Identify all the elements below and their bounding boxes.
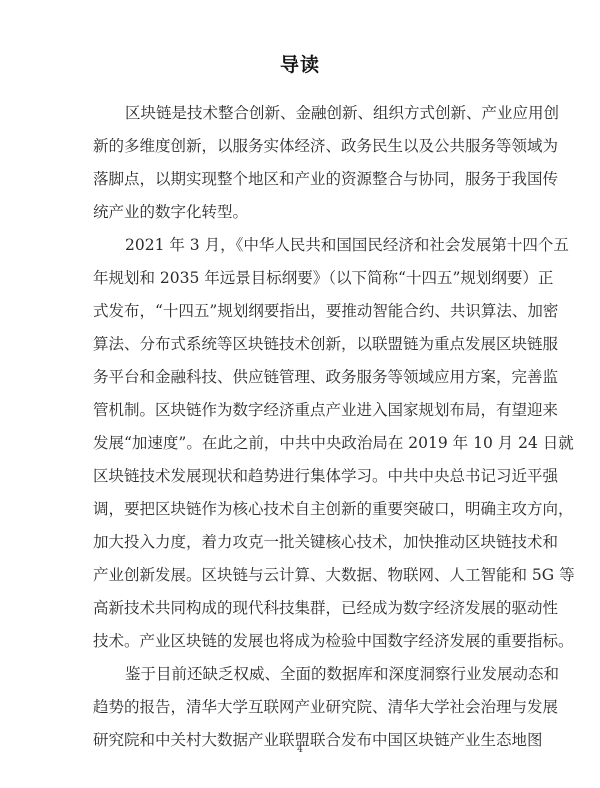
paragraph-1: 区块链是技术整合创新、金融创新、组织方式创新、产业应用创 新的多维度创新，以服务… xyxy=(93,97,511,229)
text-line: 管机制。区块链作为数字经济重点产业进入国家规划布局，有望迎来 xyxy=(93,394,511,427)
text-line: 务平台和金融科技、供应链管理、政务服务等领域应用方案，完善监 xyxy=(93,361,511,394)
document-page: 导读 区块链是技术整合创新、金融创新、组织方式创新、产业应用创 新的多维度创新，… xyxy=(0,0,600,788)
text-line: 加大投入力度，着力攻克一批关键核心技术，加快推动区块链技术和 xyxy=(93,526,511,559)
text-line: 落脚点，以期实现整个地区和产业的资源整合与协同，服务于我国传 xyxy=(93,163,511,196)
page-title: 导读 xyxy=(0,50,600,77)
text-line: 2021 年 3 月，《中华人民共和国国民经济和社会发展第十四个五 xyxy=(93,229,511,262)
text-line: 新的多维度创新，以服务实体经济、政务民生以及公共服务等领域为 xyxy=(93,130,511,163)
text-line: 产业创新发展。区块链与云计算、大数据、物联网、人工智能和 5G 等 xyxy=(93,559,511,592)
text-line: 发展“加速度”。在此之前，中共中央政治局在 2019 年 10 月 24 日就 xyxy=(93,427,511,460)
text-line: 算法、分布式系统等区块链技术创新，以联盟链为重点发展区块链服 xyxy=(93,328,511,361)
text-line: 调，要把区块链作为核心技术自主创新的重要突破口，明确主攻方向， xyxy=(93,493,511,526)
page-number: 4 xyxy=(0,745,600,755)
text-line: 趋势的报告，清华大学互联网产业研究院、清华大学社会治理与发展 xyxy=(93,691,511,724)
paragraph-3: 鉴于目前还缺乏权威、全面的数据库和深度洞察行业发展动态和 趋势的报告，清华大学互… xyxy=(93,658,511,757)
text-line: 技术。产业区块链的发展也将成为检验中国数字经济发展的重要指标。 xyxy=(93,625,511,658)
text-line: 区块链技术发展现状和趋势进行集体学习。中共中央总书记习近平强 xyxy=(93,460,511,493)
text-line: 高新技术共同构成的现代科技集群，已经成为数字经济发展的驱动性 xyxy=(93,592,511,625)
text-line: 区块链是技术整合创新、金融创新、组织方式创新、产业应用创 xyxy=(93,97,511,130)
text-line: 年规划和 2035 年远景目标纲要》（以下简称“十四五”规划纲要）正 xyxy=(93,262,511,295)
text-line: 统产业的数字化转型。 xyxy=(93,196,511,229)
text-line: 鉴于目前还缺乏权威、全面的数据库和深度洞察行业发展动态和 xyxy=(93,658,511,691)
text-line: 式发布，“十四五”规划纲要指出，要推动智能合约、共识算法、加密 xyxy=(93,295,511,328)
paragraph-2: 2021 年 3 月，《中华人民共和国国民经济和社会发展第十四个五 年规划和 2… xyxy=(93,229,511,658)
document-body: 区块链是技术整合创新、金融创新、组织方式创新、产业应用创 新的多维度创新，以服务… xyxy=(93,97,511,757)
